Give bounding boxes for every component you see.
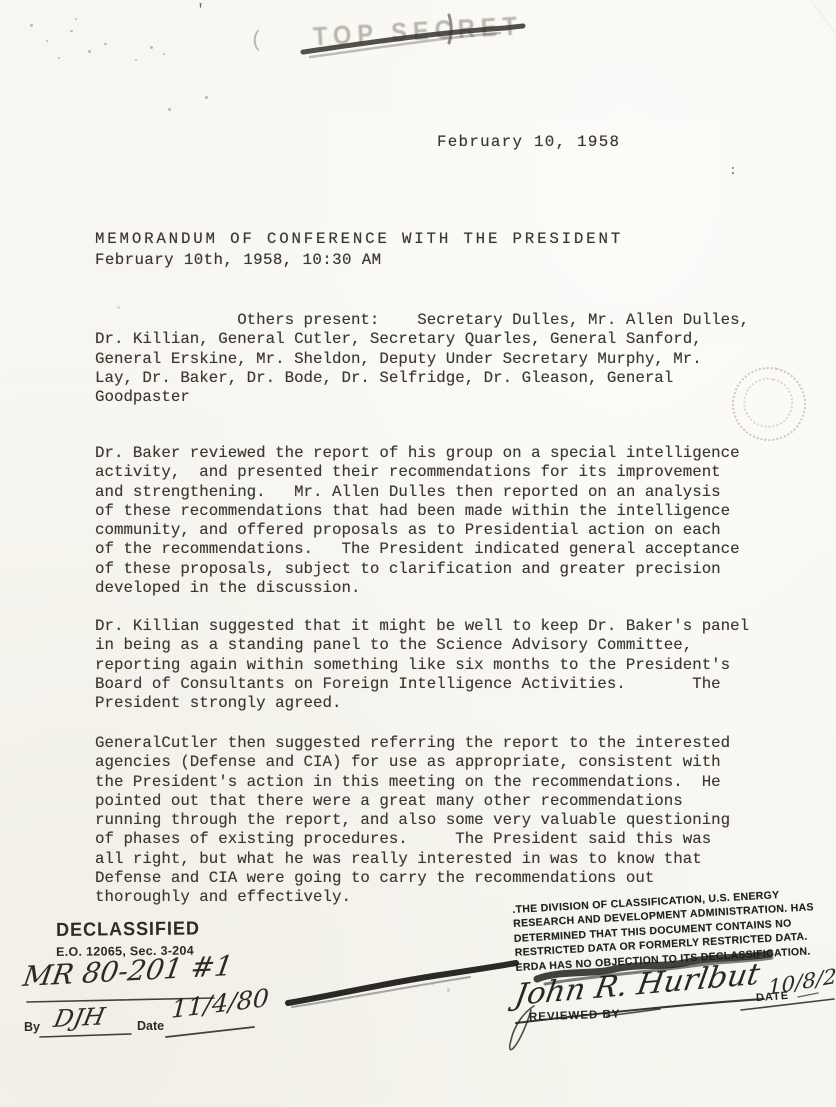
declassified-date-handwriting: 11/4/80 — [170, 983, 269, 1024]
memo-date: February 10, 1958 — [437, 133, 620, 151]
paper-speckle — [30, 24, 33, 27]
paper-speckle — [88, 50, 91, 53]
scan-artifact-paren: ( — [250, 28, 263, 53]
paper-speckle — [117, 306, 120, 309]
circular-stamp-inner-ring — [739, 373, 798, 432]
memo-title: MEMORANDUM OF CONFERENCE WITH THE PRESID… — [95, 230, 623, 248]
scan-crease — [812, 2, 836, 34]
memo-header: MEMORANDUM OF CONFERENCE WITH THE PRESID… — [95, 230, 623, 269]
paper-speckle — [150, 46, 153, 49]
scanned-memo-page: TOP SECRET February 10, 1958 : MEMORANDU… — [0, 0, 836, 1107]
paper-speckle — [46, 40, 48, 42]
declassified-case-number-handwriting: MR 80-201 #1 — [21, 949, 236, 993]
paper-speckle — [432, 984, 434, 986]
erda-date-label: DATE — [756, 990, 790, 1004]
declassified-title: DECLASSIFIED — [56, 918, 200, 942]
paper-speckle — [163, 53, 165, 55]
paper-speckle — [104, 43, 107, 45]
scan-artifact-colon: : — [729, 163, 737, 178]
paper-speckle — [58, 57, 60, 59]
paper-speckle — [70, 30, 73, 32]
date-underline — [166, 1027, 254, 1037]
marker-redaction-line — [288, 963, 516, 1003]
marker-redaction-line-echo — [292, 977, 470, 1007]
erda-stamp-text: .THE DIVISION OF CLASSIFICATION, U.S. EN… — [512, 886, 816, 975]
declassified-date-label: Date — [137, 1019, 164, 1033]
reviewed-by-label: REVIEWED BY — [529, 1008, 621, 1023]
attendees-paragraph: Others present: Secretary Dulles, Mr. Al… — [95, 311, 749, 407]
paper-speckle — [135, 59, 137, 61]
scan-artifact-apostrophe: ' — [196, 2, 205, 19]
paper-speckle — [168, 108, 171, 111]
paper-speckle — [447, 988, 450, 992]
paper-speckle — [75, 18, 77, 20]
body-paragraph-2: Dr. Killian suggested that it might be w… — [95, 617, 749, 713]
declassified-by-label: By — [24, 1020, 40, 1034]
paper-speckle — [205, 96, 208, 99]
memo-subtitle: February 10th, 1958, 10:30 AM — [95, 251, 623, 269]
by-underline — [40, 1034, 131, 1037]
top-secret-stamp: TOP SECRET — [312, 11, 524, 52]
body-paragraph-1: Dr. Baker reviewed the report of his gro… — [95, 444, 740, 598]
declassified-by-initials-handwriting: DJH — [51, 1002, 107, 1033]
body-paragraph-3: GeneralCutler then suggested referring t… — [95, 734, 730, 908]
